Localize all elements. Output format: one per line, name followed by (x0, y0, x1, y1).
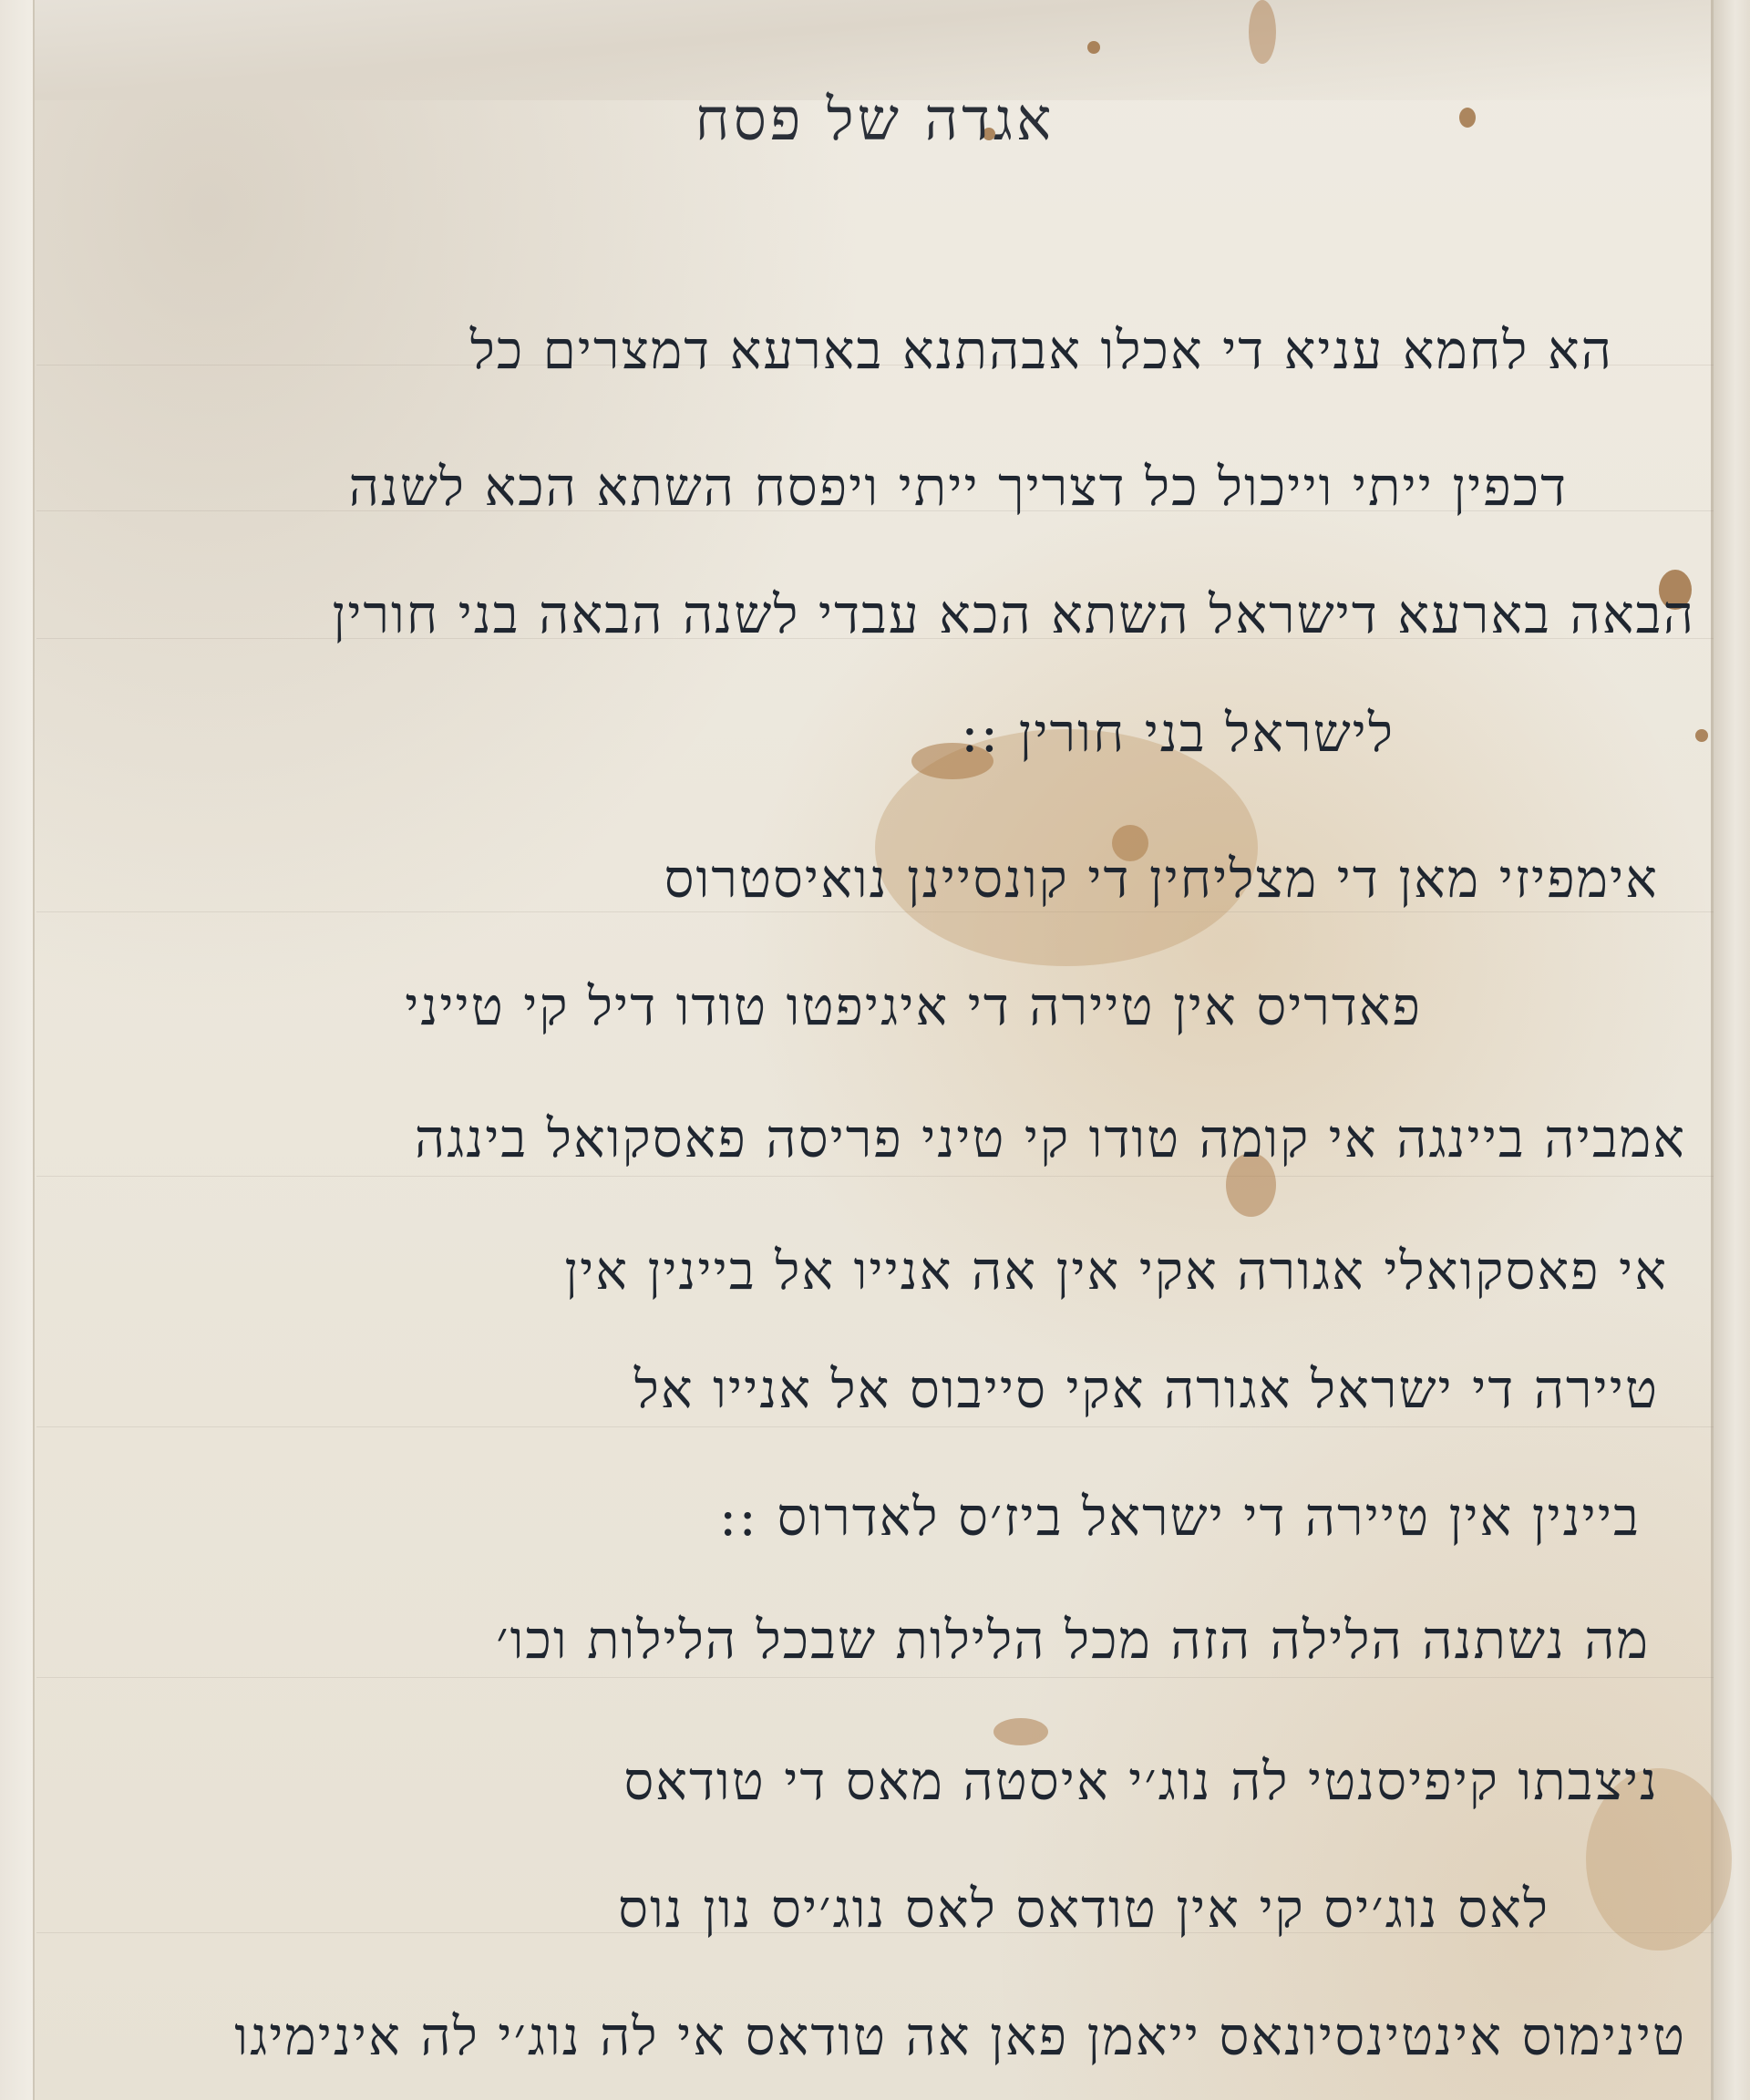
wormhole (1695, 729, 1708, 742)
text-line-8: אי פאסקואלי אגורה אקי אין אה אנייו אל בי… (564, 1240, 1668, 1302)
text-line-14: טינימוס אינטינסיונאס ייאמן פאן אה טודאס … (234, 2005, 1686, 2067)
text-line-11: מה נשתנה הלילה הזה מכל הלילות שבכל הלילו… (496, 1609, 1650, 1671)
text-line-7: אמביה ביינגה אי קומה טודו קי טיני פריסה … (415, 1107, 1686, 1169)
text-line-3: הבאה בארעא דישראל השתא הכא עבדי לשנה הבא… (333, 583, 1695, 645)
text-line-6: פאדריס אין טיירה די איגיפטו טודו דיל קי … (405, 975, 1422, 1037)
ruled-line (36, 1677, 1714, 1678)
text-line-12: ניצבתו קיפיסנטי לה נוג׳י איסטה מאס די טו… (623, 1750, 1659, 1812)
ruled-line (36, 1176, 1714, 1177)
text-line-5: אימפיזי מאן די מצליחין די קונסיינן נואיס… (664, 848, 1659, 910)
stain (1249, 0, 1276, 64)
left-page-edge (0, 0, 35, 2100)
page-title: אגדה של פסח (0, 87, 1750, 154)
ruled-line (36, 911, 1714, 912)
text-line-10: ביינין אין טיירה די ישראל ביז׳ס לאדרוס :… (719, 1486, 1641, 1548)
text-line-13: לאס נוג׳יס קי אין טודאס לאס נוג׳יס נון נ… (618, 1878, 1549, 1940)
wormhole (1087, 41, 1100, 54)
right-page-edge (1711, 0, 1750, 2100)
text-line-9: טיירה די ישראל אגורה אקי סייבוס אל אנייו… (634, 1358, 1659, 1420)
text-line-2: דכפין ייתי וייכול כל דצריך ייתי ויפסח הש… (349, 456, 1568, 518)
damage-hole (993, 1718, 1048, 1745)
manuscript-page: אגדה של פסח הא לחמא עניא די אכלו אבהתנא … (0, 0, 1750, 2100)
text-line-1: הא לחמא עניא די אכלו אבהתנא בארעא דמצרים… (470, 319, 1613, 381)
text-line-4: לישראל בני חורין :: (961, 702, 1395, 764)
folded-top-edge (0, 0, 1750, 100)
ruled-line (36, 1426, 1714, 1427)
